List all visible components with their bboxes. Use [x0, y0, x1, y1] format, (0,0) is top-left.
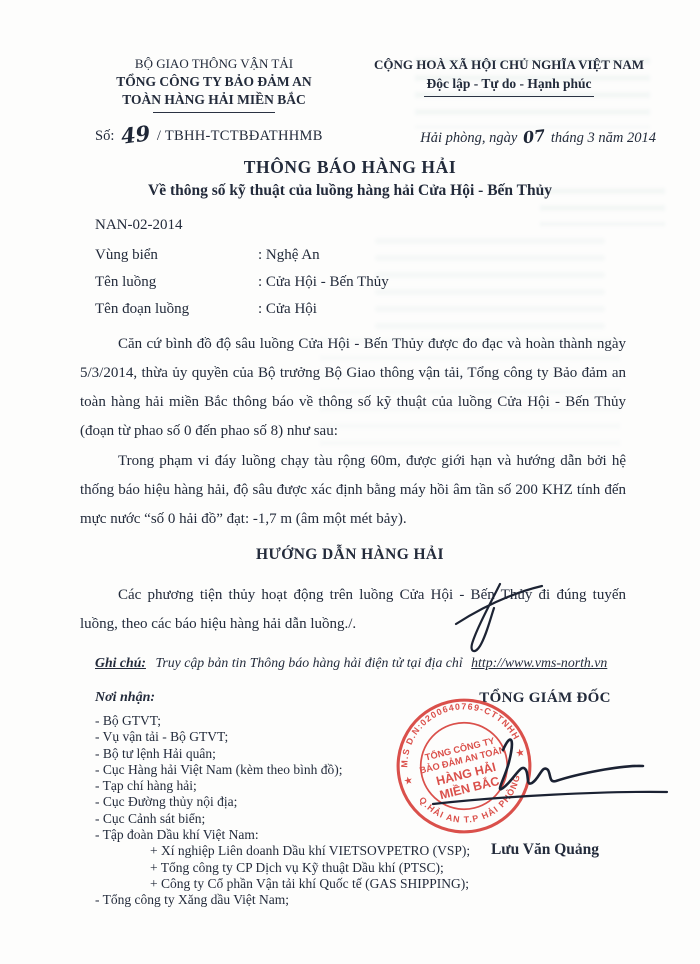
info-value: : Nghệ An [258, 242, 320, 269]
info-label: Vùng biển [95, 242, 258, 269]
recipients-label: Nơi nhận: [95, 690, 155, 706]
reference-number-line: Số: 49 / TBHH-TCTBĐATHHMB [95, 122, 323, 147]
info-table: Vùng biển : Nghệ An Tên luồng : Cửa Hội … [95, 242, 389, 323]
info-label: Tên đoạn luồng [95, 296, 258, 323]
bleedthrough-artifact [375, 238, 605, 333]
document-page: BỘ GIAO THÔNG VẬN TẢI TỔNG CÔNG TY BẢO Đ… [0, 0, 700, 964]
signer-name: Lưu Văn Quảng [460, 841, 630, 859]
motto: Độc lập - Tự do - Hạnh phúc [358, 74, 660, 93]
body-paragraph-2: Trong phạm vi đáy luồng chạy tàu rộng 60… [80, 447, 626, 534]
national-motto-block: CỘNG HOÀ XÃ HỘI CHỦ NGHĨA VIỆT NAM Độc l… [358, 55, 660, 97]
note-url: http://www.vms-north.vn [471, 655, 607, 670]
company-name-line2: TOÀN HÀNG HẢI MIỀN BẮC [78, 91, 350, 109]
ref-label: Số: [95, 128, 114, 144]
ref-code: / TBHH-TCTBĐATHHMB [157, 128, 323, 144]
info-value: : Cửa Hội - Bến Thủy [258, 269, 389, 296]
info-row-segment: Tên đoạn luồng : Cửa Hội [95, 296, 389, 323]
company-name-line1: TỔNG CÔNG TY BẢO ĐẢM AN [78, 73, 350, 91]
recipient-subitem: + Công ty Cổ phần Vận tải khí Quốc tế (G… [95, 876, 470, 892]
info-value: : Cửa Hội [258, 296, 317, 323]
parent-ministry: BỘ GIAO THÔNG VẬN TẢI [78, 55, 350, 73]
recipient-subitem: + Tổng công ty CP Dịch vụ Kỹ thuật Dầu k… [95, 860, 470, 876]
place-date-line: Hải phòng, ngày 07 tháng 3 năm 2014 [420, 127, 656, 147]
recipient-item: - Tổng công ty Xăng dầu Việt Nam; [95, 892, 470, 908]
body-paragraph-1: Căn cứ bình đồ độ sâu luồng Cửa Hội - Bế… [80, 330, 626, 446]
date-day-handwritten: 07 [522, 126, 546, 148]
country-title: CỘNG HOÀ XÃ HỘI CHỦ NGHĨA VIỆT NAM [358, 55, 660, 74]
date-suffix: tháng 3 năm 2014 [551, 130, 656, 146]
section-heading: HƯỚNG DẪN HÀNG HẢI [0, 546, 700, 564]
document-title: THÔNG BÁO HÀNG HẢI [0, 157, 700, 178]
document-subtitle: Về thông số kỹ thuật của luồng hàng hải … [0, 182, 700, 200]
issuing-agency-block: BỘ GIAO THÔNG VẬN TẢI TỔNG CÔNG TY BẢO Đ… [78, 55, 350, 113]
note-label: Ghi chú: [95, 655, 146, 670]
date-prefix: Hải phòng, ngày [420, 130, 517, 146]
header-left-rule [153, 112, 275, 113]
signature-stroke [425, 692, 675, 817]
note-text: Truy cập bản tin Thông báo hàng hải điện… [155, 655, 462, 670]
info-label: Tên luồng [95, 269, 258, 296]
notice-code: NAN-02-2014 [95, 217, 183, 234]
note-line: Ghi chú: Truy cập bản tin Thông báo hàng… [95, 655, 655, 671]
ref-number-handwritten: 49 [120, 120, 152, 148]
info-row-region: Vùng biển : Nghệ An [95, 242, 389, 269]
info-row-channel: Tên luồng : Cửa Hội - Bến Thủy [95, 269, 389, 296]
stamp-star-icon: ★ [403, 775, 415, 788]
header-right-rule [424, 96, 594, 97]
pen-flourish [438, 578, 548, 660]
